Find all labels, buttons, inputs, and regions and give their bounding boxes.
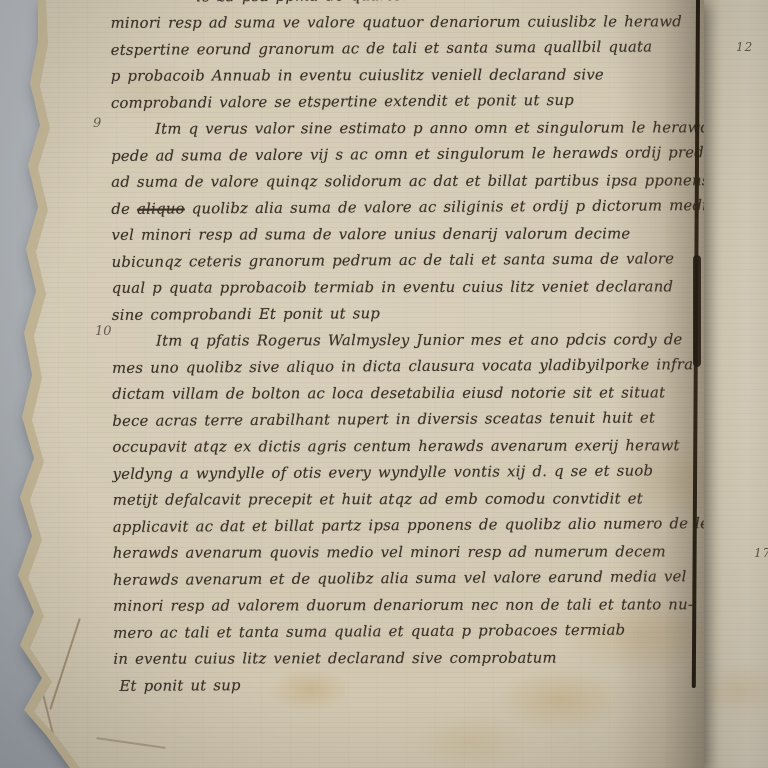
manuscript-line: qual p quata pprobacoib termiab in event… [112,278,704,306]
manuscript-line: ubicunqz ceteris granorum pedrum ac de t… [112,250,704,280]
manuscript-line: applicavit ac dat et billat partz ipsa p… [113,515,705,545]
manuscript-line: occupavit atqz ex dictis agris centum he… [112,437,704,465]
manuscript-line: vel minori resp ad suma de valore unius … [112,225,704,253]
manuscript-line: metijt defalcavit precepit et huit atqz … [113,490,705,518]
manuscript-line: pede ad suma de valore vij s ac omn et s… [111,144,703,174]
manuscript-line: bece acras terre arabilhant nupert in di… [112,409,704,439]
manuscript-line: Itm q pfatis Rogerus Walmysley Junior me… [112,331,704,359]
manuscript-line: yeldyng a wyndylle of otis every wyndyll… [112,462,704,492]
manuscript-line: etspertine eorund granorum ac de tali et… [111,38,703,68]
manuscript-line: sine comprobandi Et ponit ut sup [112,303,704,333]
manuscript-line: p probacoib Annuab in eventu cuiuslitz v… [111,66,703,94]
manuscript-page: 910 le zd psa ppma de quarterminori resp… [0,0,768,768]
manuscript-line: Et ponit ut sup [113,674,705,704]
manuscript-line: mes uno quolibz sive aliquo in dicta cla… [112,356,704,386]
manuscript-line: dictam villam de bolton ac loca desetabi… [112,384,704,412]
manuscript-line: comprobandi valore se etspertine extendi… [111,91,703,121]
manuscript-line: herawds avenarum et de quolibz alia suma… [113,568,705,598]
manuscript-line: Itm q verus valor sine estimato p anno o… [111,119,703,147]
manuscript-line: minori resp ad suma ve valore quatuor de… [111,13,703,41]
margin-item-number: 9 [93,116,101,131]
page-stack: 910 le zd psa ppma de quarterminori resp… [0,0,768,768]
margin-item-number: 10 [95,324,112,339]
manuscript-line: mero ac tali et tanta suma qualia et qua… [113,621,705,651]
manuscript-photo: 1217 910 le zd psa ppma de quarterminori… [0,0,768,768]
manuscript-lines: le zd psa ppma de quarterminori resp ad … [110,0,705,704]
manuscript-line: in eventu cuius litz veniet declarand si… [113,649,705,677]
manuscript-line: herawds avenarum quovis medio vel minori… [113,543,705,571]
manuscript-line: de aliquo quolibz alia suma de valore ac… [111,197,703,227]
manuscript-line: minori resp ad valorem duorum denariorum… [113,596,705,624]
manuscript-line: ad suma de valore quinqz solidorum ac da… [111,172,703,200]
page-crease [49,618,81,710]
manuscript-text-block: le zd psa ppma de quarterminori resp ad … [110,0,705,704]
page-crease [96,737,166,749]
binding-thread-knot [693,255,701,367]
